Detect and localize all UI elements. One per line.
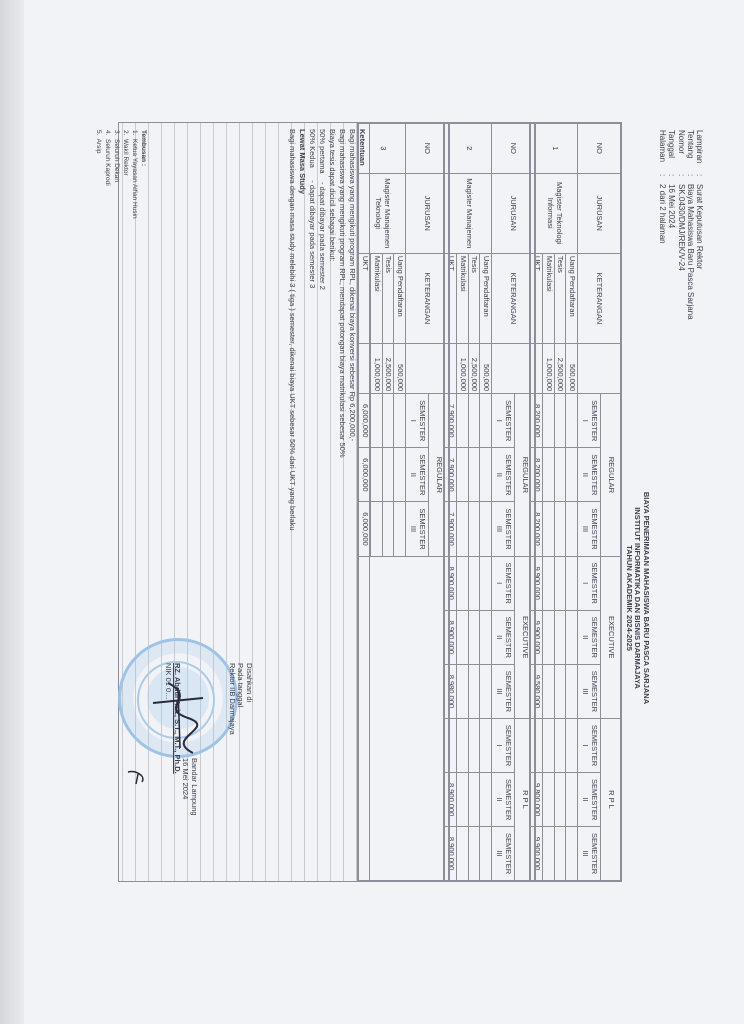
cell-fee bbox=[543, 448, 555, 502]
sign-line: Pada tanggal bbox=[236, 663, 245, 843]
cell-fee bbox=[480, 718, 492, 772]
cell-fee bbox=[480, 394, 492, 448]
notes-line: Bagi mahasiswa dengan masa study melebih… bbox=[287, 129, 297, 875]
cell-fee bbox=[566, 394, 578, 448]
blank bbox=[382, 556, 394, 881]
col-semester: SEMESTERIII bbox=[492, 664, 515, 718]
col-jurusan: JURUSAN bbox=[492, 173, 536, 253]
tembusan-item: 5. Arsip bbox=[94, 130, 103, 219]
cell-fee bbox=[394, 448, 406, 502]
meta-row: Lampiran:Surat Keputusan Rektor bbox=[695, 130, 704, 320]
col-semester: SEMESTERIII bbox=[578, 664, 601, 718]
meta-label: Lampiran bbox=[695, 130, 704, 174]
col-semester: SEMESTERIII bbox=[578, 502, 601, 556]
document-page: Lampiran:Surat Keputusan Rektor Tentang:… bbox=[68, 118, 708, 998]
cell-fee bbox=[480, 502, 492, 556]
cell-fee bbox=[566, 664, 578, 718]
cell-fee bbox=[382, 502, 394, 556]
notes-subheading: Lewat Masa Study bbox=[297, 129, 307, 875]
cell-fee bbox=[371, 394, 383, 448]
cell-amount: 500,000 bbox=[480, 344, 492, 394]
col-semester: SEMESTERI bbox=[492, 718, 515, 772]
col-semester: SEMESTERII bbox=[578, 773, 601, 827]
meta-value: SK.0430/DMJ/REK/V-24 bbox=[676, 184, 685, 271]
col-semester: SEMESTERI bbox=[492, 556, 515, 610]
cell-fee bbox=[543, 718, 555, 772]
meta-row: Tanggal:16 Mei 2024 bbox=[667, 130, 676, 320]
cell-fee bbox=[457, 394, 469, 448]
cell-fee bbox=[457, 827, 469, 881]
col-semester: SEMESTERI bbox=[578, 394, 601, 448]
cell-fee bbox=[468, 394, 480, 448]
handwritten-signature bbox=[148, 678, 208, 758]
col-amount bbox=[578, 344, 622, 394]
cell-fee bbox=[554, 448, 566, 502]
col-semester: SEMESTERII bbox=[492, 773, 515, 827]
col-group-executive: EXECUTIVE bbox=[515, 556, 535, 718]
cell-fee bbox=[480, 664, 492, 718]
cell-amount: 1,000,000 bbox=[543, 344, 555, 394]
cell-fee bbox=[457, 610, 469, 664]
meta-row: Tentang:Biaya Mahasiswa Baru Pasca Sarja… bbox=[686, 130, 695, 320]
cell-amount: 2,500,000 bbox=[468, 344, 480, 394]
col-semester: SEMESTERII bbox=[578, 610, 601, 664]
meta-label: Halaman bbox=[658, 130, 667, 174]
cell-fee bbox=[554, 502, 566, 556]
cell-fee bbox=[566, 827, 578, 881]
cell-fee bbox=[468, 502, 480, 556]
meta-sep: : bbox=[658, 174, 667, 184]
fee-table: NOJURUSANKETERANGANREGULAREXECUTIVER P L… bbox=[530, 122, 623, 882]
cell-fee bbox=[480, 610, 492, 664]
col-amount bbox=[406, 344, 450, 394]
cell-amount: 2,500,000 bbox=[554, 344, 566, 394]
tembusan-item: 2. Wakil Rektor bbox=[121, 130, 130, 219]
cell-keterangan: Tesis bbox=[554, 253, 566, 343]
meta-value: Surat Keputusan Rektor bbox=[695, 184, 704, 269]
cell-fee bbox=[480, 827, 492, 881]
col-group-executive: EXECUTIVE bbox=[601, 556, 621, 718]
document-title: BIAYA PENERIMAAN MAHASISWA BARU PASCA SA… bbox=[624, 448, 650, 748]
cell-fee bbox=[554, 394, 566, 448]
meta-value: 2 dari 2 halaman bbox=[658, 184, 667, 244]
sign-line: Disahkan di bbox=[244, 663, 253, 843]
col-semester: SEMESTERIII bbox=[492, 502, 515, 556]
tembusan-item: 3. Seluruh Dekan bbox=[112, 130, 121, 219]
cell-amount: 500,000 bbox=[394, 344, 406, 394]
col-group-rpl: R P L bbox=[515, 718, 535, 881]
cell-fee bbox=[468, 556, 480, 610]
cell-fee bbox=[543, 394, 555, 448]
col-semester: SEMESTERII bbox=[578, 448, 601, 502]
cell-fee bbox=[566, 773, 578, 827]
col-keterangan: KETERANGAN bbox=[492, 253, 536, 343]
cell-fee bbox=[566, 610, 578, 664]
cell-fee bbox=[457, 664, 469, 718]
meta-sep: : bbox=[695, 174, 704, 184]
meta-sep: : bbox=[686, 174, 695, 184]
table-row: 1Magister Teknologi InformasiUang Pendaf… bbox=[566, 123, 578, 881]
title-line: TAHUN AKADEMIK 2024-2025 bbox=[624, 448, 633, 748]
cell-fee bbox=[554, 556, 566, 610]
title-line: BIAYA PENERIMAAN MAHASISWA BARU PASCA SA… bbox=[641, 448, 650, 748]
meta-label: Tentang bbox=[686, 130, 695, 174]
meta-row: Nomor:SK.0430/DMJ/REK/V-24 bbox=[676, 130, 685, 320]
cell-amount: 500,000 bbox=[566, 344, 578, 394]
cell-fee bbox=[543, 556, 555, 610]
cell-keterangan: Matrikulasi bbox=[543, 253, 555, 343]
cell-fee bbox=[468, 664, 480, 718]
cell-fee bbox=[480, 773, 492, 827]
col-no: NO bbox=[578, 123, 622, 173]
letter-meta: Lampiran:Surat Keputusan Rektor Tentang:… bbox=[658, 130, 704, 320]
cell-fee bbox=[382, 394, 394, 448]
blank bbox=[371, 556, 383, 881]
notes-line: Bagi mahasiswa yang mengikuti program RP… bbox=[347, 129, 357, 875]
tembusan-item: 4. Seluruh Kaprodi bbox=[103, 130, 112, 219]
cell-fee bbox=[468, 610, 480, 664]
tembusan-list: Tembusan : 1. Ketua Yayasan Alfian Husin… bbox=[94, 130, 148, 219]
cell-fee bbox=[371, 448, 383, 502]
fee-table: NOJURUSANKETERANGANREGULARSEMESTERISEMES… bbox=[358, 122, 451, 882]
col-no: NO bbox=[406, 123, 450, 173]
col-semester: SEMESTERI bbox=[578, 556, 601, 610]
tembusan-item: 1. Ketua Yayasan Alfian Husin bbox=[130, 130, 139, 219]
cell-fee bbox=[543, 773, 555, 827]
cell-fee bbox=[457, 448, 469, 502]
col-keterangan: KETERANGAN bbox=[578, 253, 622, 343]
cell-amount: 2,500,000 bbox=[382, 344, 394, 394]
cell-keterangan: Matrikulasi bbox=[371, 253, 383, 343]
notes-line: 50% pertama - dapat dibayar pada semeste… bbox=[317, 129, 327, 875]
cell-fee bbox=[554, 773, 566, 827]
cell-fee bbox=[554, 827, 566, 881]
notes-heading: Ketentuan bbox=[357, 129, 367, 875]
col-semester: SEMESTERIII bbox=[492, 827, 515, 881]
col-no: NO bbox=[492, 123, 536, 173]
meta-label: Nomor bbox=[676, 130, 685, 174]
col-semester: SEMESTERI bbox=[492, 394, 515, 448]
col-group-regular: REGULAR bbox=[515, 394, 535, 556]
cell-fee bbox=[554, 664, 566, 718]
cell-keterangan: Uang Pendaftaran bbox=[394, 253, 406, 343]
notes-line: Biaya tesis dapat dicicil sebagai beriku… bbox=[327, 129, 337, 875]
col-group-regular: REGULAR bbox=[601, 394, 621, 556]
cell-fee bbox=[371, 502, 383, 556]
cell-fee bbox=[566, 448, 578, 502]
cell-fee bbox=[480, 556, 492, 610]
cell-fee bbox=[543, 664, 555, 718]
cell-fee bbox=[457, 718, 469, 772]
notes-line: Bagi mahasiswa yang mengikuti program RP… bbox=[337, 129, 347, 875]
meta-row: Halaman:2 dari 2 halaman bbox=[658, 130, 667, 320]
col-semester: SEMESTERI bbox=[406, 394, 429, 448]
cell-fee bbox=[457, 502, 469, 556]
table-row: 3Magister Manajemen TeknologiUang Pendaf… bbox=[394, 123, 406, 881]
cell-fee bbox=[468, 718, 480, 772]
fee-table: NOJURUSANKETERANGANREGULAREXECUTIVER P L… bbox=[444, 122, 537, 882]
initial-mark bbox=[124, 768, 148, 788]
cell-keterangan: Tesis bbox=[382, 253, 394, 343]
cell-fee bbox=[457, 556, 469, 610]
cell-keterangan: Uang Pendaftaran bbox=[480, 253, 492, 343]
cell-no: 1 bbox=[531, 123, 578, 173]
col-group-rpl: R P L bbox=[601, 718, 621, 881]
notes-line: 50% Kedua - dapat dibayar pada semester … bbox=[307, 129, 317, 875]
cell-amount: 1,000,000 bbox=[371, 344, 383, 394]
cell-fee bbox=[468, 773, 480, 827]
cell-fee bbox=[543, 827, 555, 881]
blank bbox=[406, 556, 450, 881]
cell-fee bbox=[566, 502, 578, 556]
title-line: INSTITUT INFORMATIKA DAN BISNIS DARMAJAY… bbox=[633, 448, 642, 748]
col-semester: SEMESTERIII bbox=[578, 827, 601, 881]
col-semester: SEMESTERI bbox=[578, 718, 601, 772]
col-semester: SEMESTERII bbox=[492, 610, 515, 664]
cell-fee bbox=[394, 394, 406, 448]
cell-jurusan: Magister Manajemen bbox=[445, 173, 492, 253]
cell-fee bbox=[468, 448, 480, 502]
meta-sep: : bbox=[667, 174, 676, 184]
cell-fee bbox=[554, 718, 566, 772]
col-semester: SEMESTERII bbox=[492, 448, 515, 502]
cell-fee bbox=[382, 448, 394, 502]
meta-sep: : bbox=[676, 174, 685, 184]
col-keterangan: KETERANGAN bbox=[406, 253, 450, 343]
cell-fee bbox=[566, 718, 578, 772]
cell-fee bbox=[480, 448, 492, 502]
cell-fee bbox=[543, 610, 555, 664]
cell-fee bbox=[566, 556, 578, 610]
table-row: 2Magister ManajemenUang Pendaftaran500,0… bbox=[480, 123, 492, 881]
cell-fee bbox=[543, 502, 555, 556]
cell-fee bbox=[554, 610, 566, 664]
meta-label: Tanggal bbox=[667, 130, 676, 174]
cell-amount: 1,000,000 bbox=[457, 344, 469, 394]
cell-keterangan: Matrikulasi bbox=[457, 253, 469, 343]
col-semester: SEMESTERII bbox=[406, 448, 429, 502]
cell-no: 2 bbox=[445, 123, 492, 173]
cell-jurusan: Magister Teknologi Informasi bbox=[531, 173, 578, 253]
cell-fee bbox=[468, 827, 480, 881]
col-group-regular: REGULAR bbox=[429, 394, 449, 556]
col-jurusan: JURUSAN bbox=[578, 173, 622, 253]
meta-value: 16 Mei 2024 bbox=[667, 184, 676, 228]
col-semester: SEMESTERIII bbox=[406, 502, 429, 556]
col-jurusan: JURUSAN bbox=[406, 173, 450, 253]
cell-fee bbox=[457, 773, 469, 827]
cell-keterangan: Tesis bbox=[468, 253, 480, 343]
meta-value: Biaya Mahasiswa Baru Pasca Sarjana bbox=[686, 184, 695, 320]
col-amount bbox=[492, 344, 536, 394]
blank bbox=[394, 556, 406, 881]
sign-line: Rektor IIB Darmajaya bbox=[227, 663, 236, 843]
tembusan-heading: Tembusan : bbox=[139, 130, 148, 219]
cell-fee bbox=[394, 502, 406, 556]
cell-keterangan: Uang Pendaftaran bbox=[566, 253, 578, 343]
